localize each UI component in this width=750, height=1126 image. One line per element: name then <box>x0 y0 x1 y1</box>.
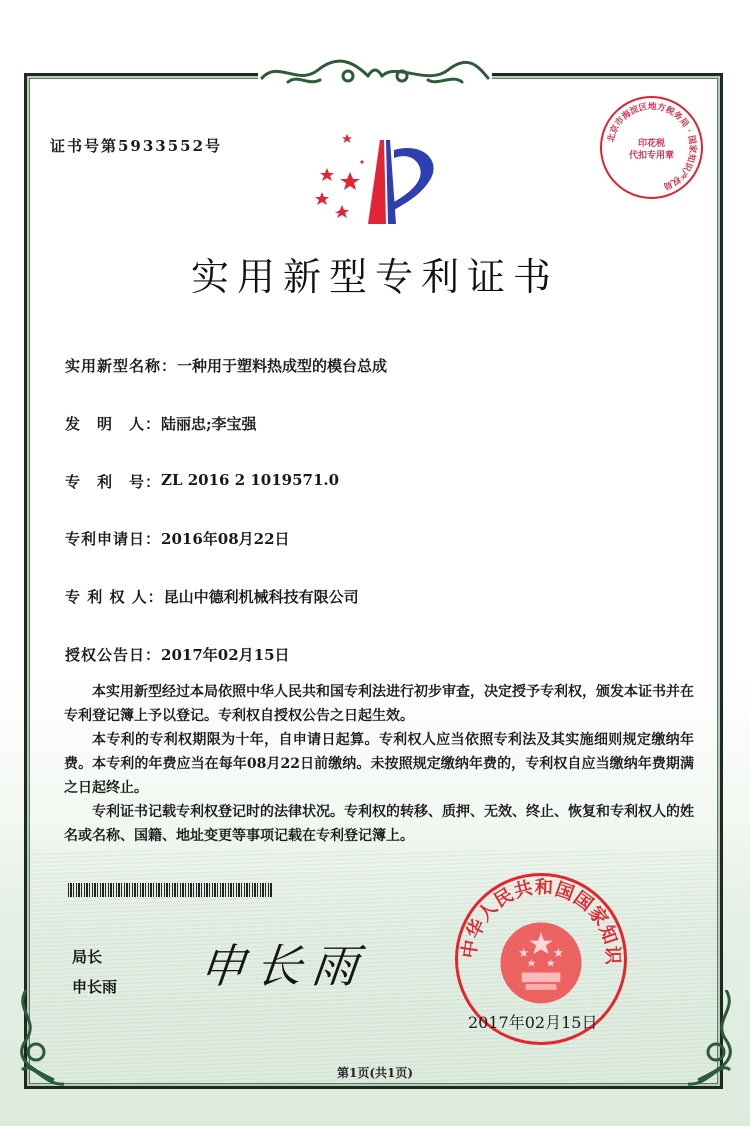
field-utility-model-name: 实用新型名称： 一种用于塑料热成型的模台总成 <box>65 355 387 376</box>
field-application-date: 专利申请日： 2016年08月22日 <box>65 528 290 549</box>
field-value: 昆山中德利机械科技有限公司 <box>164 586 359 607</box>
field-label: 实用新型名称： <box>65 355 177 376</box>
field-label: 专 利 权 人： <box>65 586 164 607</box>
field-patent-number: 专 利 号： ZL 2016 2 1019571.0 <box>65 471 339 492</box>
body-paragraph: 本专利的专利权期限为十年，自申请日起算。专利权人应当依照专利法及其实施细则规定缴… <box>64 728 694 800</box>
field-patentee: 专 利 权 人： 昆山中德利机械科技有限公司 <box>65 586 359 607</box>
certificate-title: 实用新型专利证书 <box>0 246 750 301</box>
field-value: ZL 2016 2 1019571.0 <box>161 471 339 492</box>
barcode <box>68 883 272 897</box>
director-title: 局长 <box>72 946 102 967</box>
cnipa-logo-icon <box>312 130 437 225</box>
tax-stamp-seal: 北京市海淀区地方税务局 · 国家知识产权局 印花税 代扣专用章 <box>600 96 703 199</box>
director-name: 申长雨 <box>72 976 117 997</box>
dragon-ornament-icon <box>258 56 492 92</box>
field-label: 发 明 人： <box>65 413 161 434</box>
certificate-body: 本实用新型经过本局依照中华人民共和国专利法进行初步审查，决定授予专利权，颁发本证… <box>64 680 694 848</box>
field-label: 专 利 号： <box>65 471 161 492</box>
tax-seal-line1: 印花税 <box>602 138 701 150</box>
certificate-number: 证书号第5933552号 <box>50 135 222 156</box>
field-value: 2016年08月22日 <box>161 528 290 549</box>
field-value: 陆丽忠;李宝强 <box>161 413 257 434</box>
field-grant-date: 授权公告日： 2017年02月15日 <box>65 644 290 665</box>
field-label: 专利申请日： <box>65 528 161 549</box>
field-value: 一种用于塑料热成型的模台总成 <box>177 355 387 376</box>
body-paragraph: 本实用新型经过本局依照中华人民共和国专利法进行初步审查，决定授予专利权，颁发本证… <box>64 680 694 728</box>
field-value: 2017年02月15日 <box>161 644 290 665</box>
body-paragraph: 专利证书记载专利权登记时的法律状况。专利权的转移、质押、无效、终止、恢复和专利权… <box>64 800 694 848</box>
tax-seal-line2: 代扣专用章 <box>602 150 701 162</box>
director-signature: 申长雨 <box>197 930 372 996</box>
page-indicator: 第1页(共1页) <box>0 1064 750 1081</box>
field-inventor: 发 明 人： 陆丽忠;李宝强 <box>65 413 257 434</box>
field-label: 授权公告日： <box>65 644 161 665</box>
seal-date: 2017年02月15日 <box>468 1010 597 1033</box>
